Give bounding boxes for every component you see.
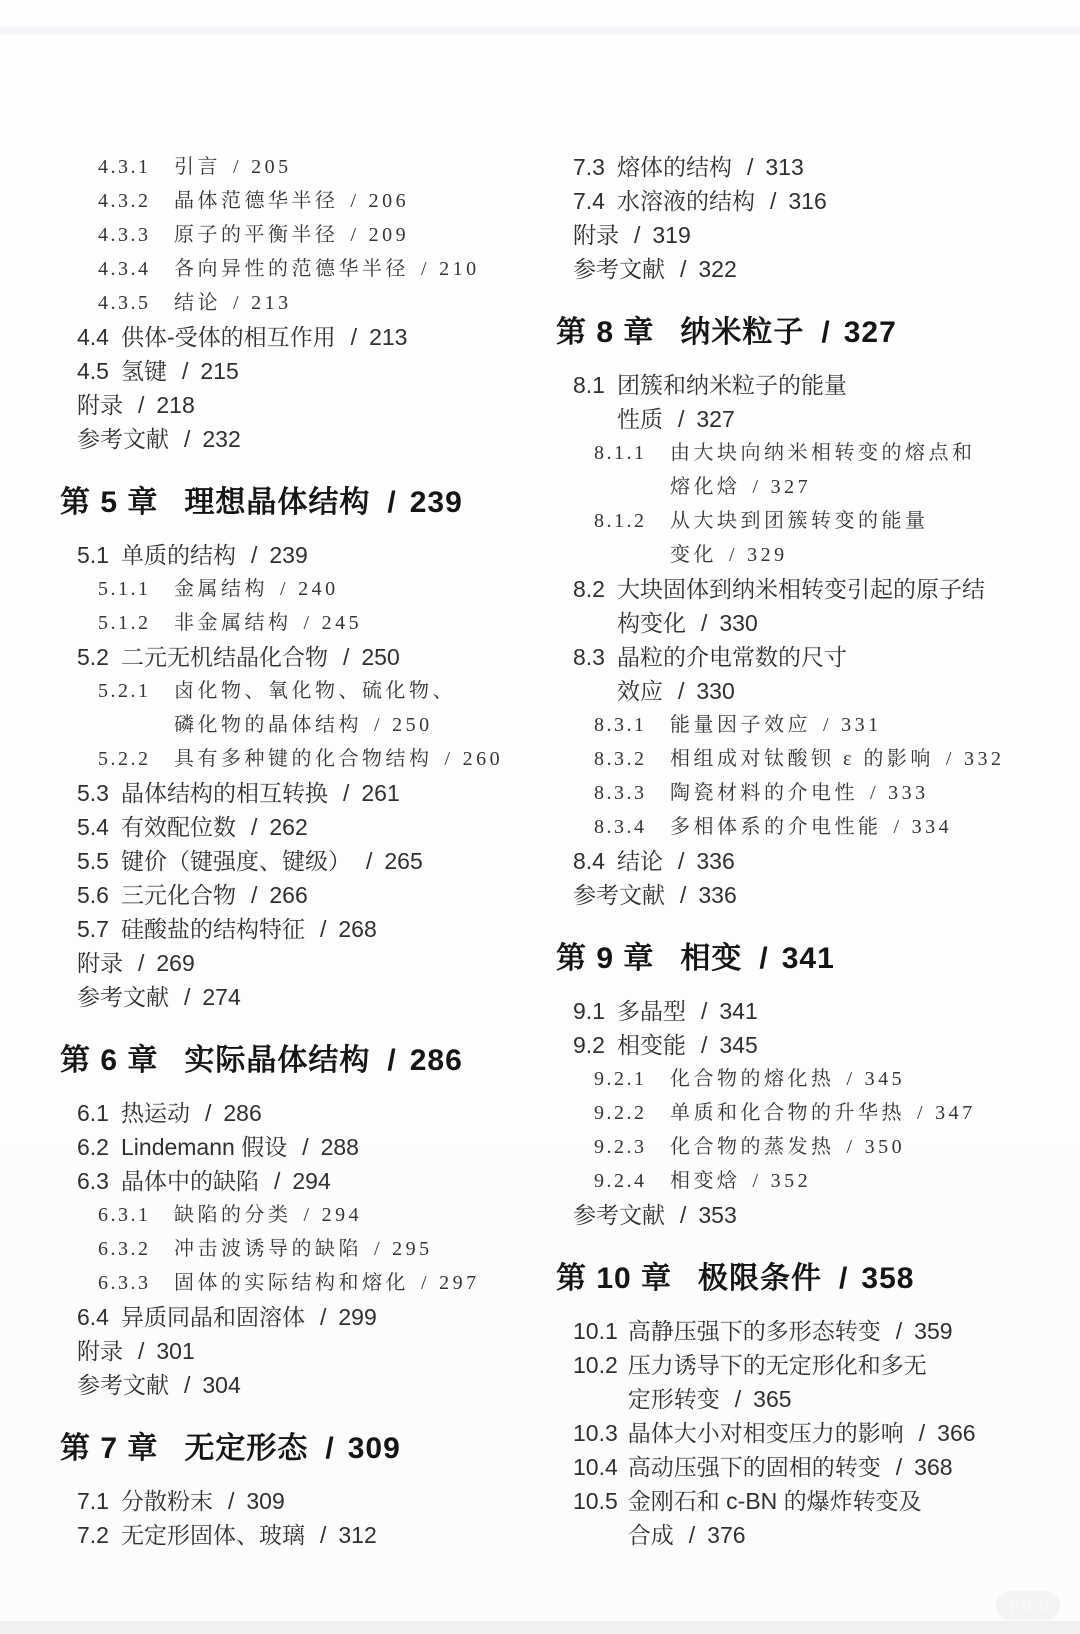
entry-title: 硅酸盐的结构特征	[121, 916, 305, 942]
entry-page: 322	[698, 256, 736, 282]
separator-slash: /	[946, 748, 955, 770]
entry-title: 参考文献	[77, 984, 169, 1010]
entry-title: 由大块向纳米相转变的熔点和	[670, 442, 976, 464]
toc-entry: 4.3.2晶体范德华半径/206	[98, 184, 530, 218]
entry-number: 6.2	[77, 1130, 121, 1164]
entry-title: 引言	[174, 156, 221, 178]
entry-number: 8.3	[573, 640, 617, 674]
separator-slash: /	[387, 1044, 396, 1077]
separator-slash: /	[894, 816, 903, 838]
separator-slash: /	[701, 1032, 707, 1058]
entry-title: 极限条件	[698, 1262, 822, 1295]
entry-body: 参考文献/304	[77, 1368, 241, 1402]
entry-title: 三元化合物	[121, 882, 236, 908]
toc-entry: 8.1团簇和纳米粒子的能量性质/327	[573, 368, 1061, 436]
entry-line: 缺陷的分类/294	[174, 1198, 362, 1232]
toc-entry: 7.2无定形固体、玻璃/312	[77, 1518, 530, 1552]
entry-number: 10.2	[573, 1348, 628, 1382]
toc-entry: 参考文献/304	[77, 1368, 530, 1402]
entry-line: 能量因子效应/331	[670, 708, 882, 742]
entry-body: 团簇和纳米粒子的能量性质/327	[617, 368, 847, 436]
toc-entry: 4.5氢键/215	[77, 354, 530, 388]
separator-slash: /	[917, 1102, 926, 1124]
entry-body: 无定形态/309	[184, 1426, 400, 1472]
entry-title: 附录	[77, 950, 123, 976]
entry-body: Lindemann 假设/288	[121, 1130, 359, 1164]
entry-line: 多晶型/341	[617, 994, 758, 1028]
entry-body: 单质的结构/239	[121, 538, 308, 572]
separator-slash: /	[343, 780, 349, 806]
separator-slash: /	[823, 714, 832, 736]
entry-number: 5.2	[77, 640, 121, 674]
entry-number: 第 5 章	[60, 480, 184, 526]
entry-line: 异质同晶和固溶体/299	[121, 1300, 377, 1334]
toc-entry: 5.1.1金属结构/240	[98, 572, 530, 606]
entry-line: 晶体中的缺陷/294	[121, 1164, 331, 1198]
entry-body: 高动压强下的固相的转变/368	[628, 1450, 953, 1484]
entry-title: 二元无机结晶化合物	[121, 644, 328, 670]
toc-entry: 参考文献/274	[77, 980, 530, 1014]
entry-body: 分散粉末/309	[121, 1484, 285, 1518]
separator-slash: /	[325, 1432, 334, 1465]
separator-slash: /	[184, 984, 190, 1010]
separator-slash: /	[678, 406, 684, 432]
toc-entry: 4.4供体-受体的相互作用/213	[77, 320, 530, 354]
separator-slash: /	[351, 324, 357, 350]
entry-body: 由大块向纳米相转变的熔点和熔化焓/327	[670, 436, 976, 504]
entry-page: 327	[771, 476, 812, 498]
entry-page: 269	[156, 950, 194, 976]
entry-title: 水溶液的结构	[617, 188, 755, 214]
entry-line: 大块固体到纳米相转变引起的原子结	[617, 572, 985, 606]
entry-body: 陶瓷材料的介电性/333	[670, 776, 929, 810]
entry-body: 晶体大小对相变压力的影响/366	[628, 1416, 976, 1450]
entry-body: 熔体的结构/313	[617, 150, 804, 184]
entry-page: 376	[707, 1522, 745, 1548]
entry-continuation: 构变化	[617, 610, 686, 636]
entry-number: 4.3.5	[98, 286, 174, 320]
toc-entry: 参考文献/336	[573, 878, 1061, 912]
entry-page: 239	[410, 486, 463, 519]
separator-slash: /	[320, 1304, 326, 1330]
entry-continuation-line: 合成/376	[628, 1518, 922, 1552]
entry-title: 晶体中的缺陷	[121, 1168, 259, 1194]
entry-number: 6.3	[77, 1164, 121, 1198]
entry-line: 相变能/345	[617, 1028, 758, 1062]
entry-page: 206	[369, 190, 410, 212]
toc-entry: 参考文献/322	[573, 252, 1061, 286]
toc-entry: 附录/218	[77, 388, 530, 422]
entry-number: 8.3.3	[594, 776, 670, 810]
toc-entry: 6.3.3固体的实际结构和熔化/297	[98, 1266, 530, 1300]
entry-page: 333	[888, 782, 929, 804]
entry-page: 329	[747, 544, 788, 566]
separator-slash: /	[251, 882, 257, 908]
entry-line: 金刚石和 c-BN 的爆炸转变及	[628, 1484, 922, 1518]
separator-slash: /	[184, 426, 190, 452]
entry-title: 陶瓷材料的介电性	[670, 782, 858, 804]
entry-line: 参考文献/353	[573, 1198, 737, 1232]
entry-body: 异质同晶和固溶体/299	[121, 1300, 377, 1334]
toc-entry: 7.4水溶液的结构/316	[573, 184, 1061, 218]
entry-number: 5.3	[77, 776, 121, 810]
entry-title: 相组成对钛酸钡 ε 的影响	[670, 748, 934, 770]
entry-page: 262	[269, 814, 307, 840]
entry-number: 9.1	[573, 994, 617, 1028]
toc-page: 4.3.1引言/2054.3.2晶体范德华半径/2064.3.3原子的平衡半径/…	[0, 0, 1080, 1634]
entry-page: 365	[753, 1386, 791, 1412]
entry-line: 参考文献/304	[77, 1368, 241, 1402]
entry-line: 晶体范德华半径/206	[174, 184, 409, 218]
entry-continuation: 熔化焓	[670, 476, 741, 498]
entry-page: 239	[269, 542, 307, 568]
separator-slash: /	[251, 542, 257, 568]
entry-number: 5.5	[77, 844, 121, 878]
entry-line: 金属结构/240	[174, 572, 339, 606]
entry-continuation-line: 构变化/330	[617, 606, 985, 640]
entry-line: 高静压强下的多形态转变/359	[628, 1314, 953, 1348]
entry-number: 4.5	[77, 354, 121, 388]
separator-slash: /	[678, 848, 684, 874]
toc-entry: 6.3.2冲击波诱导的缺陷/295	[98, 1232, 530, 1266]
entry-title: 无定形态	[184, 1432, 308, 1465]
separator-slash: /	[753, 476, 762, 498]
entry-line: Lindemann 假设/288	[121, 1130, 359, 1164]
entry-page: 286	[410, 1044, 463, 1077]
entry-body: 冲击波诱导的缺陷/295	[174, 1232, 433, 1266]
entry-page: 232	[202, 426, 240, 452]
entry-number: 6.3.3	[98, 1266, 174, 1300]
entry-line: 附录/218	[77, 388, 195, 422]
entry-body: 各向异性的范德华半径/210	[174, 252, 480, 286]
entry-line: 具有多种键的化合物结构/260	[174, 742, 503, 776]
entry-number: 7.2	[77, 1518, 121, 1552]
toc-entry: 4.3.5结论/213	[98, 286, 530, 320]
entry-number: 9.2	[573, 1028, 617, 1062]
entry-number: 10.4	[573, 1450, 628, 1484]
entry-number: 9.2.3	[594, 1130, 670, 1164]
entry-line: 氢键/215	[121, 354, 239, 388]
entry-number: 8.2	[573, 572, 617, 606]
toc-entry: 8.3.2相组成对钛酸钡 ε 的影响/332	[594, 742, 1061, 776]
entry-body: 理想晶体结构/239	[184, 480, 462, 526]
entry-page: 250	[361, 644, 399, 670]
separator-slash: /	[735, 1386, 741, 1412]
entry-line: 结论/336	[617, 844, 735, 878]
separator-slash: /	[759, 942, 768, 975]
toc-entry: 附录/269	[77, 946, 530, 980]
entry-number: 4.3.3	[98, 218, 174, 252]
toc-entry: 9.2相变能/345	[573, 1028, 1061, 1062]
entry-page: 299	[338, 1304, 376, 1330]
entry-line: 熔体的结构/313	[617, 150, 804, 184]
separator-slash: /	[304, 612, 313, 634]
entry-line: 固体的实际结构和熔化/297	[174, 1266, 480, 1300]
entry-line: 相组成对钛酸钡 ε 的影响/332	[670, 742, 1004, 776]
separator-slash: /	[387, 486, 396, 519]
entry-page: 332	[964, 748, 1005, 770]
entry-body: 高静压强下的多形态转变/359	[628, 1314, 953, 1348]
entry-body: 压力诱导下的无定形化和多无定形转变/365	[628, 1348, 927, 1416]
toc-entry: 5.5键价（键强度、键级）/265	[77, 844, 530, 878]
entry-title: 异质同晶和固溶体	[121, 1304, 305, 1330]
entry-continuation-line: 变化/329	[670, 538, 929, 572]
toc-entry: 附录/301	[77, 1334, 530, 1368]
entry-body: 晶粒的介电常数的尺寸效应/330	[617, 640, 847, 708]
entry-title: 热运动	[121, 1100, 190, 1126]
entry-body: 原子的平衡半径/209	[174, 218, 409, 252]
entry-title: 单质和化合物的升华热	[670, 1102, 905, 1124]
entry-body: 附录/218	[77, 388, 195, 422]
toc-entry: 参考文献/353	[573, 1198, 1061, 1232]
entry-page: 260	[463, 748, 504, 770]
toc-entry: 8.1.1由大块向纳米相转变的熔点和熔化焓/327	[594, 436, 1061, 504]
entry-line: 结论/213	[174, 286, 292, 320]
entry-title: 多相体系的介电性能	[670, 816, 882, 838]
toc-entry: 6.3晶体中的缺陷/294	[77, 1164, 530, 1198]
toc-entry: 6.3.1缺陷的分类/294	[98, 1198, 530, 1232]
photo-bottom-band	[0, 1621, 1080, 1634]
entry-number: 5.2.1	[98, 674, 174, 708]
entry-title: 固体的实际结构和熔化	[174, 1272, 409, 1294]
entry-page: 347	[935, 1102, 976, 1124]
toc-entry: 8.1.2从大块到团簇转变的能量变化/329	[594, 504, 1061, 572]
entry-title: 参考文献	[77, 1372, 169, 1398]
entry-page: 213	[251, 292, 292, 314]
entry-line: 团簇和纳米粒子的能量	[617, 368, 847, 402]
entry-title: 团簇和纳米粒子的能量	[617, 372, 847, 398]
entry-title: 相变焓	[670, 1170, 741, 1192]
toc-entry: 参考文献/232	[77, 422, 530, 456]
entry-body: 从大块到团簇转变的能量变化/329	[670, 504, 929, 572]
entry-page: 205	[251, 156, 292, 178]
entry-line: 分散粉末/309	[121, 1484, 285, 1518]
xiaohongshu-watermark: 小红书	[996, 1591, 1060, 1620]
entry-body: 氢键/215	[121, 354, 239, 388]
separator-slash: /	[870, 782, 879, 804]
entry-page: 295	[392, 1238, 433, 1260]
entry-number: 4.3.2	[98, 184, 174, 218]
entry-page: 210	[439, 258, 480, 280]
entry-number: 第 10 章	[556, 1256, 698, 1302]
entry-number: 5.6	[77, 878, 121, 912]
entry-body: 相变/341	[680, 936, 834, 982]
separator-slash: /	[351, 224, 360, 246]
entry-page: 266	[269, 882, 307, 908]
entry-title: Lindemann 假设	[121, 1134, 287, 1160]
entry-line: 极限条件/358	[698, 1256, 914, 1302]
entry-body: 相组成对钛酸钡 ε 的影响/332	[670, 742, 1004, 776]
entry-line: 晶粒的介电常数的尺寸	[617, 640, 847, 674]
entry-line: 三元化合物/266	[121, 878, 308, 912]
entry-line: 卤化物、氧化物、硫化物、	[174, 674, 456, 708]
entry-page: 309	[246, 1488, 284, 1514]
toc-entry: 5.3晶体结构的相互转换/261	[77, 776, 530, 810]
entry-page: 336	[696, 848, 734, 874]
entry-page: 209	[369, 224, 410, 246]
entry-title: 缺陷的分类	[174, 1204, 292, 1226]
entry-body: 供体-受体的相互作用/213	[121, 320, 407, 354]
entry-line: 化合物的熔化热/345	[670, 1062, 905, 1096]
entry-body: 非金属结构/245	[174, 606, 362, 640]
entry-body: 具有多种键的化合物结构/260	[174, 742, 503, 776]
separator-slash: /	[821, 316, 830, 349]
entry-page: 330	[696, 678, 734, 704]
separator-slash: /	[184, 1372, 190, 1398]
entry-page: 301	[156, 1338, 194, 1364]
separator-slash: /	[847, 1068, 856, 1090]
entry-number: 8.4	[573, 844, 617, 878]
entry-line: 原子的平衡半径/209	[174, 218, 409, 252]
entry-body: 三元化合物/266	[121, 878, 308, 912]
entry-line: 单质和化合物的升华热/347	[670, 1096, 976, 1130]
separator-slash: /	[747, 154, 753, 180]
entry-body: 参考文献/336	[573, 878, 737, 912]
entry-title: 各向异性的范德华半径	[174, 258, 409, 280]
separator-slash: /	[320, 1522, 326, 1548]
entry-page: 268	[338, 916, 376, 942]
entry-line: 由大块向纳米相转变的熔点和	[670, 436, 976, 470]
entry-continuation: 磷化物的晶体结构	[174, 714, 362, 736]
entry-page: 294	[322, 1204, 363, 1226]
entry-number: 9.2.4	[594, 1164, 670, 1198]
entry-page: 366	[937, 1420, 975, 1446]
entry-body: 参考文献/353	[573, 1198, 737, 1232]
toc-entry: 5.1单质的结构/239	[77, 538, 530, 572]
toc-entry: 5.6三元化合物/266	[77, 878, 530, 912]
entry-number: 8.3.2	[594, 742, 670, 776]
entry-number: 5.1	[77, 538, 121, 572]
entry-title: 实际晶体结构	[184, 1044, 370, 1077]
entry-title: 具有多种键的化合物结构	[174, 748, 433, 770]
entry-number: 8.3.4	[594, 810, 670, 844]
entry-page: 313	[765, 154, 803, 180]
entry-body: 大块固体到纳米相转变引起的原子结构变化/330	[617, 572, 985, 640]
entry-number: 10.5	[573, 1484, 628, 1518]
entry-continuation: 效应	[617, 678, 663, 704]
entry-page: 240	[298, 578, 339, 600]
toc-entry: 9.2.1化合物的熔化热/345	[594, 1062, 1061, 1096]
toc-entry: 4.3.1引言/205	[98, 150, 530, 184]
toc-entry: 10.1高静压强下的多形态转变/359	[573, 1314, 1061, 1348]
chapter-heading: 第 8 章纳米粒子/327	[556, 310, 1061, 356]
separator-slash: /	[302, 1134, 308, 1160]
entry-line: 相变焓/352	[670, 1164, 811, 1198]
entry-line: 多相体系的介电性能/334	[670, 810, 952, 844]
entry-body: 有效配位数/262	[121, 810, 308, 844]
entry-body: 卤化物、氧化物、硫化物、磷化物的晶体结构/250	[174, 674, 456, 742]
entry-body: 金属结构/240	[174, 572, 339, 606]
entry-number: 第 9 章	[556, 936, 680, 982]
entry-line: 硅酸盐的结构特征/268	[121, 912, 377, 946]
entry-title: 参考文献	[573, 1202, 665, 1228]
entry-line: 化合物的蒸发热/350	[670, 1130, 905, 1164]
separator-slash: /	[839, 1262, 848, 1295]
separator-slash: /	[351, 190, 360, 212]
separator-slash: /	[233, 292, 242, 314]
entry-line: 供体-受体的相互作用/213	[121, 320, 407, 354]
entry-title: 熔体的结构	[617, 154, 732, 180]
toc-entry: 5.7硅酸盐的结构特征/268	[77, 912, 530, 946]
entry-title: 卤化物、氧化物、硫化物、	[174, 680, 456, 702]
entry-title: 晶体大小对相变压力的影响	[628, 1420, 904, 1446]
separator-slash: /	[896, 1318, 902, 1344]
entry-page: 345	[865, 1068, 906, 1090]
entry-number: 9.2.2	[594, 1096, 670, 1130]
separator-slash: /	[678, 678, 684, 704]
entry-title: 高静压强下的多形态转变	[628, 1318, 881, 1344]
entry-title: 键价（键强度、键级）	[121, 848, 351, 874]
entry-body: 引言/205	[174, 150, 292, 184]
toc-entry: 附录/319	[573, 218, 1061, 252]
entry-title: 金刚石和 c-BN 的爆炸转变及	[628, 1488, 922, 1514]
entry-title: 纳米粒子	[680, 316, 804, 349]
entry-line: 热运动/286	[121, 1096, 262, 1130]
toc-entry: 6.4异质同晶和固溶体/299	[77, 1300, 530, 1334]
entry-body: 缺陷的分类/294	[174, 1198, 362, 1232]
entry-line: 附录/301	[77, 1334, 195, 1368]
entry-page: 245	[322, 612, 363, 634]
separator-slash: /	[689, 1522, 695, 1548]
entry-page: 265	[384, 848, 422, 874]
entry-body: 参考文献/274	[77, 980, 241, 1014]
entry-body: 相变焓/352	[670, 1164, 811, 1198]
separator-slash: /	[680, 882, 686, 908]
entry-page: 352	[771, 1170, 812, 1192]
toc-entry: 7.1分散粉末/309	[77, 1484, 530, 1518]
entry-title: 分散粉末	[121, 1488, 213, 1514]
entry-body: 参考文献/232	[77, 422, 241, 456]
entry-number: 7.1	[77, 1484, 121, 1518]
entry-title: 有效配位数	[121, 814, 236, 840]
entry-title: 参考文献	[77, 426, 169, 452]
entry-number: 4.4	[77, 320, 121, 354]
separator-slash: /	[770, 188, 776, 214]
toc-entry: 9.2.2单质和化合物的升华热/347	[594, 1096, 1061, 1130]
entry-number: 10.1	[573, 1314, 628, 1348]
toc-entry: 6.2Lindemann 假设/288	[77, 1130, 530, 1164]
entry-number: 9.2.1	[594, 1062, 670, 1096]
entry-page: 334	[912, 816, 953, 838]
entry-number: 5.2.2	[98, 742, 174, 776]
entry-line: 键价（键强度、键级）/265	[121, 844, 423, 878]
separator-slash: /	[343, 644, 349, 670]
separator-slash: /	[304, 1204, 313, 1226]
entry-line: 晶体结构的相互转换/261	[121, 776, 400, 810]
entry-title: 附录	[573, 222, 619, 248]
entry-page: 286	[223, 1100, 261, 1126]
entry-line: 参考文献/232	[77, 422, 241, 456]
entry-line: 相变/341	[680, 936, 834, 982]
entry-body: 热运动/286	[121, 1096, 262, 1130]
separator-slash: /	[233, 156, 242, 178]
entry-body: 键价（键强度、键级）/265	[121, 844, 423, 878]
entry-number: 5.4	[77, 810, 121, 844]
entry-title: 压力诱导下的无定形化和多无	[628, 1352, 927, 1378]
toc-entry: 8.3晶粒的介电常数的尺寸效应/330	[573, 640, 1061, 708]
entry-title: 非金属结构	[174, 612, 292, 634]
entry-page: 316	[788, 188, 826, 214]
entry-page: 341	[719, 998, 757, 1024]
entry-title: 晶体结构的相互转换	[121, 780, 328, 806]
toc-entry: 8.3.1能量因子效应/331	[594, 708, 1061, 742]
toc-entry: 8.3.4多相体系的介电性能/334	[594, 810, 1061, 844]
entry-line: 纳米粒子/327	[680, 310, 896, 356]
entry-body: 晶体中的缺陷/294	[121, 1164, 331, 1198]
photo-top-band	[0, 26, 1080, 35]
entry-number: 6.3.2	[98, 1232, 174, 1266]
separator-slash: /	[896, 1454, 902, 1480]
